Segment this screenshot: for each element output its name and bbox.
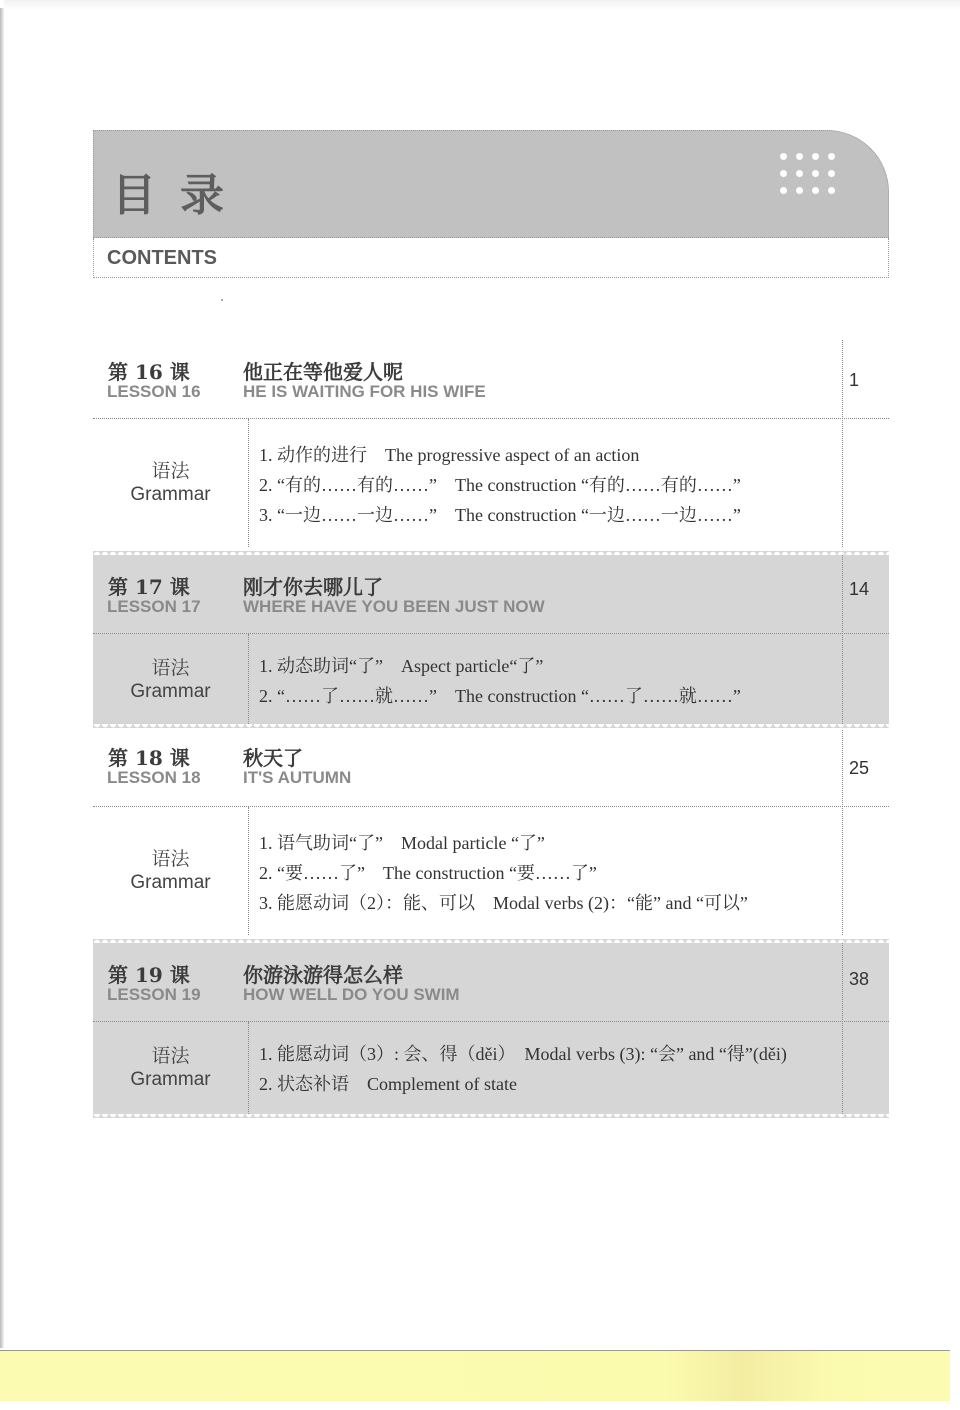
contents-header-banner: 目录 xyxy=(93,130,889,238)
lesson-number-en: LESSON 17 xyxy=(107,597,201,617)
grammar-item: 1. 语气助词“了” Modal particle “了” xyxy=(259,828,842,858)
grammar-label-cn: 语法 xyxy=(93,1044,248,1068)
scan-speck xyxy=(221,299,223,301)
grammar-item: 2. 状态补语 Complement of state xyxy=(259,1069,842,1099)
grammar-label-cn: 语法 xyxy=(93,459,248,483)
scanner-background-strip xyxy=(0,1350,950,1401)
lesson-number-en: LESSON 16 xyxy=(107,382,201,402)
lesson-title-en[interactable]: IT'S AUTUMN xyxy=(243,768,351,788)
page-number[interactable]: 38 xyxy=(849,969,869,990)
lesson-title-en[interactable]: HOW WELL DO YOU SWIM xyxy=(243,985,460,1005)
grammar-list: 1. 能愿动词（3）: 会、得（děi） Modal verbs (3): “会… xyxy=(248,1022,842,1114)
page-top-shadow xyxy=(4,0,960,10)
lesson-number-cn: 第 19 课 xyxy=(108,959,190,988)
grammar-label-en: Grammar xyxy=(93,871,248,895)
toc-entry-lesson-18[interactable]: 第 18 课 LESSON 18 秋天了 IT'S AUTUMN 25 语法 G… xyxy=(93,730,889,935)
lesson-header: 第 16 课 LESSON 16 他正在等他爱人呢 HE IS WAITING … xyxy=(93,340,889,419)
lesson-title-cn[interactable]: 秋天了 xyxy=(243,742,303,771)
grammar-section: 语法 Grammar 1. 能愿动词（3）: 会、得（děi） Modal ve… xyxy=(93,1022,889,1114)
grammar-list: 1. 动作的进行 The progressive aspect of an ac… xyxy=(248,419,842,547)
grammar-item: 1. 动作的进行 The progressive aspect of an ac… xyxy=(259,440,842,470)
grammar-item: 2. “……了……就……” The construction “……了……就……… xyxy=(259,681,842,711)
grammar-label-en: Grammar xyxy=(93,680,248,704)
lesson-title-cn[interactable]: 他正在等他爱人呢 xyxy=(243,356,403,385)
table-of-contents: 第 16 课 LESSON 16 他正在等他爱人呢 HE IS WAITING … xyxy=(93,340,889,1114)
grammar-item: 3. “一边……一边……” The construction “一边……一边……… xyxy=(259,500,842,530)
lesson-title-en[interactable]: HE IS WAITING FOR HIS WIFE xyxy=(243,382,486,402)
grammar-item: 3. 能愿动词（2）：能、可以 Modal verbs (2)：“能” and … xyxy=(259,888,842,918)
toc-entry-lesson-17[interactable]: 第 17 课 LESSON 17 刚才你去哪儿了 WHERE HAVE YOU … xyxy=(93,555,889,724)
lesson-title-cn[interactable]: 刚才你去哪儿了 xyxy=(243,571,383,600)
toc-entry-lesson-19[interactable]: 第 19 课 LESSON 19 你游泳游得怎么样 HOW WELL DO YO… xyxy=(93,943,889,1114)
page-number[interactable]: 14 xyxy=(849,579,869,600)
grammar-list: 1. 动态助词“了” Aspect particle“了” 2. “……了……就… xyxy=(248,634,842,724)
grammar-label-cn: 语法 xyxy=(93,656,248,680)
page-binding-edge xyxy=(0,8,4,1348)
page-title: 目录 xyxy=(112,159,248,223)
page-subtitle: CONTENTS xyxy=(107,247,217,270)
grammar-section: 语法 Grammar 1. 语气助词“了” Modal particle “了”… xyxy=(93,807,889,935)
grammar-list: 1. 语气助词“了” Modal particle “了” 2. “要……了” … xyxy=(248,807,842,935)
lesson-number-en: LESSON 19 xyxy=(107,985,201,1005)
page-number[interactable]: 25 xyxy=(849,758,869,779)
grammar-item: 1. 能愿动词（3）: 会、得（děi） Modal verbs (3): “会… xyxy=(259,1039,842,1069)
grammar-item: 2. “有的……有的……” The construction “有的……有的……… xyxy=(259,470,842,500)
grammar-label: 语法 Grammar xyxy=(93,847,248,895)
lesson-number-cn: 第 18 课 xyxy=(108,742,190,771)
grammar-label: 语法 Grammar xyxy=(93,1044,248,1092)
lesson-number-cn: 第 17 课 xyxy=(108,571,190,600)
lesson-header: 第 18 课 LESSON 18 秋天了 IT'S AUTUMN 25 xyxy=(93,730,889,807)
dot-grid-icon xyxy=(780,153,835,194)
page-number[interactable]: 1 xyxy=(849,370,859,391)
grammar-item: 1. 动态助词“了” Aspect particle“了” xyxy=(259,651,842,681)
lesson-header: 第 19 课 LESSON 19 你游泳游得怎么样 HOW WELL DO YO… xyxy=(93,943,889,1022)
lesson-title-cn[interactable]: 你游泳游得怎么样 xyxy=(243,959,403,988)
grammar-item: 2. “要……了” The construction “要……了” xyxy=(259,858,842,888)
grammar-label-en: Grammar xyxy=(93,1068,248,1092)
contents-subtitle-bar: CONTENTS xyxy=(93,238,889,278)
toc-entry-lesson-16[interactable]: 第 16 课 LESSON 16 他正在等他爱人呢 HE IS WAITING … xyxy=(93,340,889,547)
grammar-section: 语法 Grammar 1. 动作的进行 The progressive aspe… xyxy=(93,419,889,547)
lesson-header: 第 17 课 LESSON 17 刚才你去哪儿了 WHERE HAVE YOU … xyxy=(93,555,889,634)
grammar-section: 语法 Grammar 1. 动态助词“了” Aspect particle“了”… xyxy=(93,634,889,724)
grammar-label-en: Grammar xyxy=(93,483,248,507)
lesson-number-en: LESSON 18 xyxy=(107,768,201,788)
grammar-label: 语法 Grammar xyxy=(93,656,248,704)
grammar-label: 语法 Grammar xyxy=(93,459,248,507)
lesson-number-cn: 第 16 课 xyxy=(108,356,190,385)
lesson-title-en[interactable]: WHERE HAVE YOU BEEN JUST NOW xyxy=(243,597,545,617)
grammar-label-cn: 语法 xyxy=(93,847,248,871)
